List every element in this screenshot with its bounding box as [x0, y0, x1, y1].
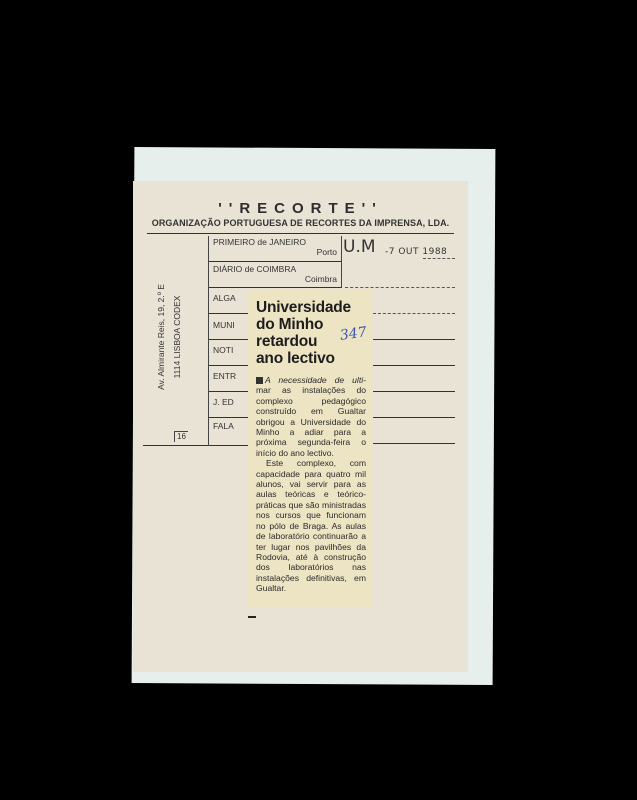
date-line — [423, 258, 455, 259]
handwritten-code: U.M — [343, 237, 376, 257]
header-rule — [147, 233, 454, 234]
date-stamp: -7 OUT 1988 — [385, 247, 447, 257]
paragraph-1: mar as instalações do complexo pedagógic… — [256, 385, 366, 457]
entry-line — [373, 443, 455, 444]
row-rule — [209, 365, 249, 366]
publication-row: DIÁRIO de COIMBRA Coimbra — [213, 264, 341, 284]
publication-city: Porto — [213, 247, 341, 257]
row-rule — [209, 261, 341, 262]
row-rule — [209, 313, 249, 314]
row-rule — [209, 339, 249, 340]
publication-city: Coimbra — [213, 274, 341, 284]
entry-line — [373, 391, 455, 392]
end-mark — [248, 616, 256, 618]
column-divider — [208, 236, 209, 446]
agency-subtitle: ORGANIZAÇÃO PORTUGUESA DE RECORTES DA IM… — [133, 218, 468, 228]
publication-name: DIÁRIO de COIMBRA — [213, 264, 341, 274]
address-line-2: 1114 LISBOA CODEX — [169, 247, 185, 427]
bullet-square-icon — [256, 377, 263, 384]
row-rule — [209, 391, 249, 392]
entry-line — [373, 365, 455, 366]
paragraph-1-lead: A necessidade de ulti- — [265, 375, 366, 385]
publication-name: PRIMEIRO de JANEIRO — [213, 237, 341, 247]
entry-line — [373, 313, 455, 314]
clipping-body: A necessidade de ulti- mar as instalaçõe… — [256, 375, 366, 594]
entry-line — [345, 287, 455, 288]
agency-address: Av. Almirante Reis, 19, 2.º E 1114 LISBO… — [153, 247, 185, 427]
paragraph-2: Este complexo, com capacidade para quatr… — [256, 458, 366, 593]
entry-line — [373, 417, 455, 418]
entry-line — [373, 339, 455, 340]
box-number: 16 — [174, 431, 188, 442]
row-rule — [209, 287, 341, 288]
publication-row: PRIMEIRO de JANEIRO Porto — [213, 237, 341, 257]
column-divider-2 — [341, 236, 342, 288]
agency-title: ''RECORTE'' — [133, 200, 468, 217]
address-line-1: Av. Almirante Reis, 19, 2.º E — [153, 247, 169, 427]
row-rule — [209, 417, 249, 418]
